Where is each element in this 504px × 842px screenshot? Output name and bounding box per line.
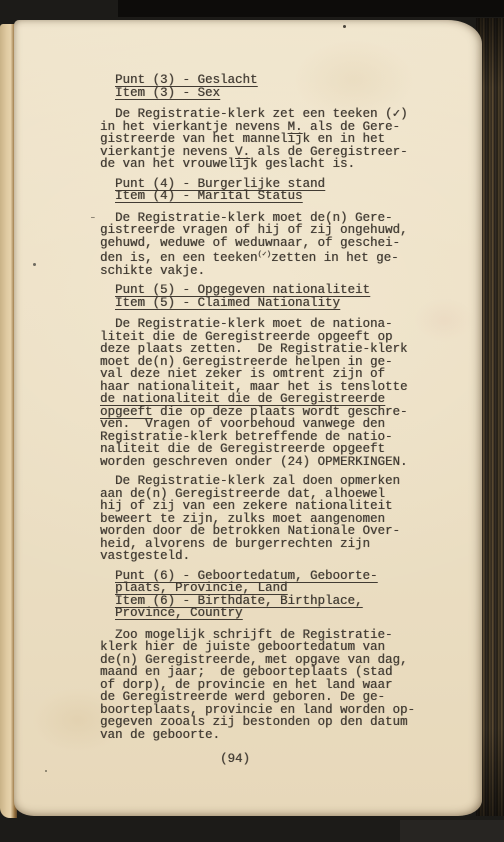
section-5-paragraph-2: De Registratie-klerk zal doen opmerken a…: [100, 475, 448, 563]
pencil-mark: -: [89, 212, 97, 225]
paper-speck: [343, 25, 346, 28]
body-line: naliteit die de Geregistreerde opgeeft: [100, 443, 448, 456]
body-line: gehuwd, weduwe of weduwnaar, of geschei-: [100, 237, 448, 250]
body-line: deze plaats zetten. De Registratie-klerk: [100, 343, 448, 356]
body-line: worden geschreven onder (24) OPMERKINGEN…: [100, 456, 448, 469]
section-3-heading: Punt (3) - Geslacht Item (3) - Sex: [115, 74, 448, 99]
body-line: schikte vakje.: [100, 265, 448, 278]
heading-line: Item (4) - Marital Status: [115, 190, 448, 203]
body-line: ven. Vragen of voorbehoud vanwege den: [100, 418, 448, 431]
heading-line: Item (5) - Claimed Nationality: [115, 297, 448, 310]
document-page: Punt (3) - Geslacht Item (3) - Sex De Re…: [14, 20, 482, 816]
section-4-paragraph: - De Registratie-klerk moet de(n) Gere- …: [100, 212, 448, 278]
section-6-paragraph: Zoo mogelijk schrijft de Registratie- kl…: [100, 629, 448, 742]
body-line: de Geregistreerde werd geboren. De ge-: [100, 691, 448, 704]
background-shadow-top: [118, 0, 504, 17]
paper-speck: [45, 770, 47, 772]
body-line: maand en jaar; de geboorteplaats (stad: [100, 666, 448, 679]
body-line: gistreerde vragen of hij of zij ongehuwd…: [100, 224, 448, 237]
body-line: hij of zij van een zekere nationaliteit: [100, 500, 448, 513]
book-scan: Punt (3) - Geslacht Item (3) - Sex De Re…: [0, 0, 504, 842]
body-line: val deze niet zeker is omtrent zijn of: [100, 368, 448, 381]
body-line: de van het vrouwelijk geslacht is.: [100, 158, 448, 171]
page-number: (94): [220, 753, 448, 766]
section-3-paragraph: De Registratie-klerk zet een teeken (✓) …: [100, 108, 448, 171]
background-shadow-bottom: [400, 820, 504, 842]
body-line: worden door de betrokken Nationale Over-: [100, 525, 448, 538]
body-line: den is, en een teeken(✓)zetten in het ge…: [100, 249, 448, 265]
text-column: Punt (3) - Geslacht Item (3) - Sex De Re…: [100, 74, 448, 766]
body-line: vastgesteld.: [100, 550, 448, 563]
body-line: gegeven zooals zij bestonden op den datu…: [100, 716, 448, 729]
paper-speck: [33, 263, 36, 266]
handwritten-insertion-mark: (✓): [258, 251, 272, 259]
heading-line: Item (3) - Sex: [115, 87, 448, 100]
heading-line: Province, Country: [115, 607, 448, 620]
section-6-heading: Punt (6) - Geboortedatum, Geboorte- plaa…: [115, 570, 448, 620]
section-5-heading: Punt (5) - Opgegeven nationaliteit Item …: [115, 284, 448, 309]
body-line: van de geboorte.: [100, 729, 448, 742]
body-line: klerk hier de juiste geboortedatum van: [100, 641, 448, 654]
section-5-paragraph-1: De Registratie-klerk moet de nationa- li…: [100, 318, 448, 468]
section-4-heading: Punt (4) - Burgerlijke stand Item (4) - …: [115, 178, 448, 203]
body-line: De Registratie-klerk moet de nationa-: [100, 318, 448, 331]
body-line: De Registratie-klerk zal doen opmerken: [100, 475, 448, 488]
